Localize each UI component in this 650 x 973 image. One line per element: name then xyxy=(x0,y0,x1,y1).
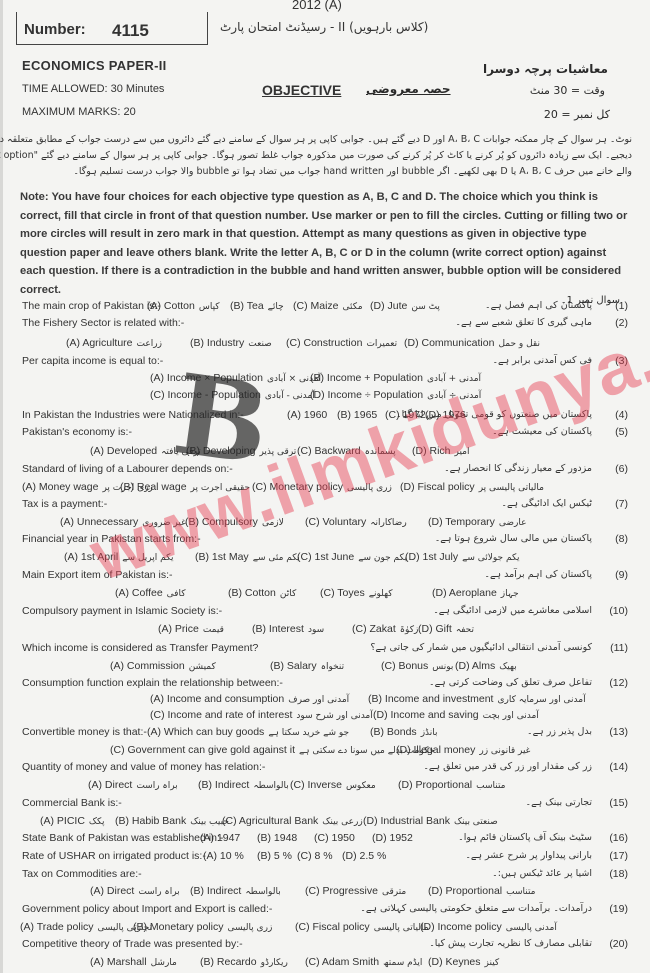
answer-option: (D) Giftتحفہ xyxy=(418,623,474,635)
answer-option: (A) Agricultureزراعت xyxy=(66,337,162,349)
option-label: (D) Industrial Bank xyxy=(363,815,450,827)
answer-option: (D) Industrial Bankصنعتی بینک xyxy=(363,815,498,827)
question-text: Commercial Bank is:- xyxy=(22,797,122,809)
option-label: (C) Inverse xyxy=(290,779,342,791)
option-label-urdu: تحفہ xyxy=(456,625,474,635)
question-text: Government policy about Import and Expor… xyxy=(22,903,272,915)
question-number: (14) xyxy=(609,761,628,773)
option-label: (D) Keynes xyxy=(428,956,481,968)
option-label-urdu: جو شے خرید سکتا ہے xyxy=(268,728,349,738)
question-number: (8) xyxy=(615,533,628,545)
answer-option: (B) Income and investmentآمدنی اور سرمای… xyxy=(368,693,586,705)
question-number: (7) xyxy=(615,498,628,510)
option-label-urdu: زرعی بینک xyxy=(322,817,362,827)
option-label-urdu: پکک xyxy=(89,817,105,827)
question-text-urdu: بدل پذیر زر ہے۔ xyxy=(527,726,592,737)
option-label-urdu: آمدنی اور شرح سود xyxy=(296,711,372,721)
option-label-urdu: آمدنی اور سرمایہ کاری xyxy=(497,695,585,705)
question-number: (16) xyxy=(609,832,628,844)
option-label: (B) Industry xyxy=(190,337,244,349)
watermark: www.ilmkidunya.com xyxy=(80,264,650,597)
question-number: (10) xyxy=(609,605,628,617)
question-number: (15) xyxy=(609,797,628,809)
question-text-urdu: پاکستان کی اہم فصل ہے۔ xyxy=(485,300,592,311)
answer-option: (C) Bonusبونس xyxy=(381,660,453,672)
answer-option: (A) 10 % xyxy=(203,850,244,862)
answer-option: (C) Maizeمکئی xyxy=(293,300,363,312)
exam-paper: 2012 (A) Number: 4115 (کلاس بارہویں) II … xyxy=(0,0,650,973)
option-label: (C) Bonus xyxy=(381,660,428,672)
question-number: (6) xyxy=(615,463,628,475)
answer-option: (C) Constructionتعمیرات xyxy=(286,337,397,349)
option-label: (B) Recardo xyxy=(200,956,257,968)
option-label: (D) Income ÷ Population xyxy=(310,389,423,401)
option-label: (D) Alms xyxy=(455,660,495,672)
question-text-urdu: درآمدات۔ برآمدات سے متعلق حکومتی پالیسی … xyxy=(360,903,592,914)
question-text: Convertible money is that:- xyxy=(22,726,147,738)
answer-option: (A) Priceقیمت xyxy=(158,623,224,635)
option-label-urdu: معکوس xyxy=(346,781,376,791)
option-label-urdu: جہاز xyxy=(501,589,519,599)
subject-title-urdu: معاشیات پرچہ دوسرا xyxy=(483,62,608,76)
question-number: (20) xyxy=(609,938,628,950)
option-label-urdu: تنخواہ xyxy=(321,662,344,672)
question-number: (1) xyxy=(615,300,628,312)
option-label: (C) Income and rate of interest xyxy=(150,709,292,721)
option-label: (C) Government can give gold against it xyxy=(110,744,295,756)
option-label-urdu: بالواسطہ xyxy=(253,781,288,791)
answer-option: (C) Agricultural Bankزرعی بینک xyxy=(222,815,363,827)
option-label: (B) 1948 xyxy=(257,832,297,844)
option-label-urdu: بھیک xyxy=(499,662,516,672)
answer-option: (C) 8 % xyxy=(297,850,333,862)
answer-option: (D) Proportionalمتناسب xyxy=(428,885,536,897)
answer-option: (C) Fiscal policyمالیاتی پالیسی xyxy=(295,921,429,933)
option-label: (A) Price xyxy=(158,623,199,635)
answer-option: (D) Proportionalمتناسب xyxy=(398,779,506,791)
option-label: (B) Salary xyxy=(270,660,317,672)
question-text: Per capita income is equal to:- xyxy=(22,355,163,367)
answer-option: (A) PICICپکک xyxy=(40,815,104,827)
option-label: (B) Interest xyxy=(252,623,304,635)
answer-option: (C) 1st Juneیکم جون سے xyxy=(297,551,407,563)
option-label-urdu: کینز xyxy=(485,958,500,968)
paper-number-label: Number: xyxy=(24,21,86,38)
answer-option: (A) Cottonکپاس xyxy=(147,300,220,312)
option-label: (C) Adam Smith xyxy=(305,956,379,968)
question-text-urdu: تفاعل صرف تعلق کی وضاحت کرتی ہے۔ xyxy=(429,677,592,688)
answer-option: (B) Habib Bankحبیب بینک xyxy=(115,815,229,827)
option-label: (D) Gift xyxy=(418,623,452,635)
option-label: (B) Indirect xyxy=(198,779,249,791)
question-text: Quantity of money and value of money has… xyxy=(22,761,265,773)
option-label: (A) Income and consumption xyxy=(150,693,284,705)
answer-option: (A) Marshallمارشل xyxy=(90,956,177,968)
answer-option: (D) Aeroplaneجہاز xyxy=(432,587,519,599)
option-label-urdu: سود xyxy=(308,625,324,635)
question-text-urdu: سٹیٹ بینک آف پاکستان قائم ہوا۔ xyxy=(458,832,592,843)
answer-option: (C) Income and rate of interestآمدنی اور… xyxy=(150,709,373,721)
answer-option: (D) Keynesکینز xyxy=(428,956,499,968)
answer-option: (D) Juteپٹ سن xyxy=(370,300,440,312)
option-label: (A) Direct xyxy=(90,885,134,897)
answer-option: (D) Income and savingآمدنی اور بچت xyxy=(373,709,539,721)
answer-option: (C) Toyesکھلونے xyxy=(320,587,393,599)
option-label: (D) Illegal money xyxy=(396,744,475,756)
option-label-urdu: چائے xyxy=(268,302,284,312)
paper-number-value: 4115 xyxy=(112,21,149,41)
option-label: (A) 10 % xyxy=(203,850,244,862)
answer-option: (B) Salaryتنخواہ xyxy=(270,660,344,672)
answer-option: (B) Interestسود xyxy=(252,623,324,635)
option-label: (A) PICIC xyxy=(40,815,85,827)
question-text: Pakistan's economy is:- xyxy=(22,426,132,438)
note-urdu-line-1: نوٹ۔ ہر سوال کے چار ممکنہ جوابات A، B، C… xyxy=(17,133,632,147)
time-allowed-urdu: وقت = 30 منٹ xyxy=(530,84,605,97)
option-label: (C) 8 % xyxy=(297,850,333,862)
section-title: OBJECTIVE xyxy=(262,82,341,98)
answer-option: (B) Bondsبانڈز xyxy=(370,726,438,738)
option-label: (D) Proportional xyxy=(398,779,472,791)
answer-option: (C) Progressiveمترقی xyxy=(305,885,406,897)
section-title-urdu: حصہ معروضی xyxy=(366,82,451,96)
option-label-urdu: مارشل xyxy=(151,958,177,968)
answer-option: (B) Cottonکاٹن xyxy=(228,587,296,599)
option-label-urdu: مترقی xyxy=(382,887,406,897)
question-text-urdu: اسلامی معاشرے میں لازمی ادائیگی ہے۔ xyxy=(433,605,592,616)
question-text: The main crop of Pakistan is:- xyxy=(22,300,161,312)
option-label: (C) Fiscal policy xyxy=(295,921,370,933)
option-label: (A) Money wage xyxy=(22,481,98,493)
option-label-urdu: تعمیرات xyxy=(366,339,397,349)
question-number: (12) xyxy=(609,677,628,689)
answer-option: (A) 1947 xyxy=(200,832,240,844)
option-label-urdu: آمدنی پالیسی xyxy=(506,923,557,933)
answer-option: (B) Industryصنعت xyxy=(190,337,272,349)
option-label: (D) 1952 xyxy=(372,832,413,844)
question-text: Rate of USHAR on irrigated product is:- xyxy=(22,850,206,862)
option-label-urdu: آمدنی اور صرف xyxy=(288,695,349,705)
subject-title: ECONOMICS PAPER-II xyxy=(22,58,167,73)
answer-option: (A) Income and consumptionآمدنی اور صرف xyxy=(150,693,349,705)
answer-option: (B) Monetary policyزری پالیسی xyxy=(133,921,272,933)
option-label-urdu: براہ راست xyxy=(136,781,177,791)
answer-option: (D) 2.5 % xyxy=(342,850,386,862)
option-label-urdu: صنعت xyxy=(248,339,272,349)
question-text-urdu: ماہی گیری کا تعلق شعبے سے ہے۔ xyxy=(455,317,592,328)
option-label: (C) Zakat xyxy=(352,623,396,635)
option-label-urdu: ریکارڈو xyxy=(261,958,288,968)
question-number: (18) xyxy=(609,868,628,880)
option-label-urdu: یکم جون سے xyxy=(358,553,407,563)
question-text-urdu: اشیا پر عائد ٹیکس ہیں:۔ xyxy=(492,868,592,879)
answer-option: (D) 1st Julyیکم جولائی سے xyxy=(405,551,519,563)
question-text-urdu: تقابلی مصارف کا نظریہ تجارت پیش کیا۔ xyxy=(429,938,592,949)
option-label-urdu: مالیاتی پالیسی پر xyxy=(479,483,544,493)
option-label-urdu: کاٹن xyxy=(280,589,296,599)
time-allowed: TIME ALLOWED: 30 Minutes xyxy=(22,83,164,95)
answer-option: (D) Communicationنقل و حمل xyxy=(404,337,540,349)
option-label: (A) Trade policy xyxy=(20,921,94,933)
question-text-urdu: زر کی مقدار اور زر کی قدر میں تعلق ہے۔ xyxy=(423,761,592,772)
answer-option: (C) 1950 xyxy=(314,832,355,844)
option-label: (A) Agriculture xyxy=(66,337,133,349)
answer-option: (A) Directبراہ راست xyxy=(88,779,178,791)
option-label: (B) Cotton xyxy=(228,587,276,599)
option-label-urdu: زراعت xyxy=(137,339,162,349)
option-label-urdu: یکم مئی سے xyxy=(253,553,300,563)
option-label: (D) Aeroplane xyxy=(432,587,497,599)
option-label: (B) Income + Population xyxy=(310,372,423,384)
option-label: (B) Income and investment xyxy=(368,693,493,705)
option-label: (A) Developed xyxy=(90,445,157,457)
option-label: (C) Progressive xyxy=(305,885,378,897)
option-label: (B) Tea xyxy=(230,300,264,312)
question-text-urdu: کونسی آمدنی انتقالی ادائیگیوں میں شمار ک… xyxy=(370,642,592,653)
question-number: (13) xyxy=(609,726,628,738)
option-label-urdu: بالواسطہ xyxy=(245,887,280,897)
option-label: (A) Commission xyxy=(110,660,185,672)
option-label-urdu: نقل و حمل xyxy=(498,339,540,349)
answer-option: (B) Indirectبالواسطہ xyxy=(198,779,289,791)
option-label-urdu: مکئی xyxy=(343,302,363,312)
option-label: (C) Maize xyxy=(293,300,339,312)
question-text: Competitive theory of Trade was presente… xyxy=(22,938,243,950)
option-label: (A) Which can buy goods xyxy=(147,726,264,738)
paper-number-box: Number: 4115 xyxy=(16,12,208,45)
answer-option: (C) Adam Smithایڈم سمتھ xyxy=(305,956,422,968)
option-label-urdu: عارضی xyxy=(499,518,527,528)
answer-option: (A) Directبراہ راست xyxy=(90,885,180,897)
option-label-urdu: کافی xyxy=(167,589,186,599)
option-label: (D) Jute xyxy=(370,300,407,312)
option-label: (C) Toyes xyxy=(320,587,365,599)
option-label: (A) Direct xyxy=(88,779,132,791)
option-label: (D) 1st July xyxy=(405,551,458,563)
exam-year: 2012 (A) xyxy=(292,0,342,12)
answer-option: (D) Income policyآمدنی پالیسی xyxy=(420,921,557,933)
option-label: (B) 5 % xyxy=(257,850,292,862)
option-label: (D) Temporary xyxy=(428,516,495,528)
option-label-urdu: کمیشن xyxy=(189,662,216,672)
instructions-note: Note: You have four choices for each obj… xyxy=(20,188,630,299)
option-label-urdu: پٹ سن xyxy=(411,302,440,312)
option-label-urdu: کھلونے xyxy=(369,589,393,599)
option-label: (B) Indirect xyxy=(190,885,241,897)
question-number: (19) xyxy=(609,903,628,915)
option-label: (D) Income and saving xyxy=(373,709,479,721)
board-title-urdu: (کلاس بارہویں) II - رسیڈنٹ امتحان پارٹ xyxy=(220,20,428,34)
option-label: (D) Income policy xyxy=(420,921,502,933)
option-label: (B) Habib Bank xyxy=(115,815,186,827)
answer-option: (D) Almsبھیک xyxy=(455,660,517,672)
option-label-urdu: بانڈز xyxy=(421,728,438,738)
option-label: (A) 1960 xyxy=(287,409,327,421)
option-label: (A) Marshall xyxy=(90,956,147,968)
option-label-urdu: قیمت xyxy=(203,625,224,635)
question-number: (9) xyxy=(615,569,628,581)
question-number: (5) xyxy=(615,426,628,438)
answer-option: (A) Commissionکمیشن xyxy=(110,660,216,672)
option-label: (C) 1950 xyxy=(314,832,355,844)
option-label: (A) Cotton xyxy=(147,300,195,312)
note-urdu-line-2: دیجیے۔ ایک سے زیادہ دائروں کو پُر کرنے ی… xyxy=(17,149,632,163)
question-text-urdu: تجارتی بینک ہے۔ xyxy=(526,797,592,808)
option-label-urdu: صنعتی بینک xyxy=(454,817,498,827)
answer-option: (D) Illegal moneyغیر قانونی زر xyxy=(396,744,530,756)
answer-option: (D) Temporaryعارضی xyxy=(428,516,527,528)
question-text-urdu: بارانی پیداوار پر شرح عشر ہے۔ xyxy=(465,850,592,861)
option-label-urdu: زری پالیسی xyxy=(227,923,272,933)
option-label: (D) Proportional xyxy=(428,885,502,897)
option-label: (C) Agricultural Bank xyxy=(222,815,318,827)
question-text: Consumption function explain the relatio… xyxy=(22,677,283,689)
question-text: State Bank of Pakistan was established i… xyxy=(22,832,223,844)
maximum-marks: MAXIMUM MARKS: 20 xyxy=(22,106,136,118)
question-text: Compulsory payment in Islamic Society is… xyxy=(22,605,222,617)
note-urdu-line-3: والے خانے میں حرف A، B، C یا D بھی لکھیے… xyxy=(17,165,632,179)
option-label: (D) 2.5 % xyxy=(342,850,386,862)
option-label-urdu: یکم جولائی سے xyxy=(462,553,519,563)
answer-option: (C) Government can give gold against itح… xyxy=(110,744,435,756)
question-text: Tax on Commodities are:- xyxy=(22,868,142,880)
option-label: (D) Communication xyxy=(404,337,494,349)
question-text-urdu: ٹیکس ایک ادائیگی ہے۔ xyxy=(501,498,592,509)
option-label-urdu: ایڈم سمتھ xyxy=(383,958,422,968)
question-number: (11) xyxy=(610,642,628,654)
option-label: (A) 1947 xyxy=(200,832,240,844)
maximum-marks-urdu: کل نمبر = 20 xyxy=(544,108,610,121)
answer-option: (B) 5 % xyxy=(257,850,292,862)
option-label: (B) Monetary policy xyxy=(133,921,223,933)
option-label-urdu: براہ راست xyxy=(138,887,179,897)
option-label-urdu: کپاس xyxy=(199,302,220,312)
answer-option: (B) Recardoریکارڈو xyxy=(200,956,288,968)
question-text-urdu: پاکستان میں مالی سال شروع ہوتا ہے۔ xyxy=(435,533,592,544)
option-label-urdu: متناسب xyxy=(506,887,535,897)
option-label: (B) Bonds xyxy=(370,726,417,738)
question-text: Tax is a payment:- xyxy=(22,498,107,510)
answer-option: (A) 1960 xyxy=(287,409,327,421)
option-label-urdu: بونس xyxy=(432,662,453,672)
answer-option: (B) Indirectبالواسطہ xyxy=(190,885,281,897)
option-label-urdu: زکوٰۃ xyxy=(400,625,419,635)
option-label-urdu: رضاکارانہ xyxy=(370,518,406,528)
answer-option: (D) 1952 xyxy=(372,832,413,844)
question-text: Which income is considered as Transfer P… xyxy=(22,642,258,654)
question-number: (17) xyxy=(609,850,628,862)
option-label-urdu: متناسب xyxy=(476,781,505,791)
answer-option: (B) 1948 xyxy=(257,832,297,844)
option-label-urdu: آمدنی اور بچت xyxy=(483,711,539,721)
option-label: (C) Construction xyxy=(286,337,362,349)
answer-option: (C) Zakatزکوٰۃ xyxy=(352,623,418,635)
question-text-urdu: پاکستان کی اہم برآمد ہے۔ xyxy=(484,569,592,580)
option-label: (C) 1st June xyxy=(297,551,354,563)
option-label-urdu: آمدنی - آبادی xyxy=(265,391,315,401)
answer-option: (A) Which can buy goodsجو شے خرید سکتا ہ… xyxy=(147,726,349,738)
answer-option: (C) Inverseمعکوس xyxy=(290,779,376,791)
answer-option: (B) Teaچائے xyxy=(230,300,284,312)
option-label-urdu: غیر قانونی زر xyxy=(479,746,530,756)
question-text: The Fishery Sector is related with:- xyxy=(22,317,184,329)
